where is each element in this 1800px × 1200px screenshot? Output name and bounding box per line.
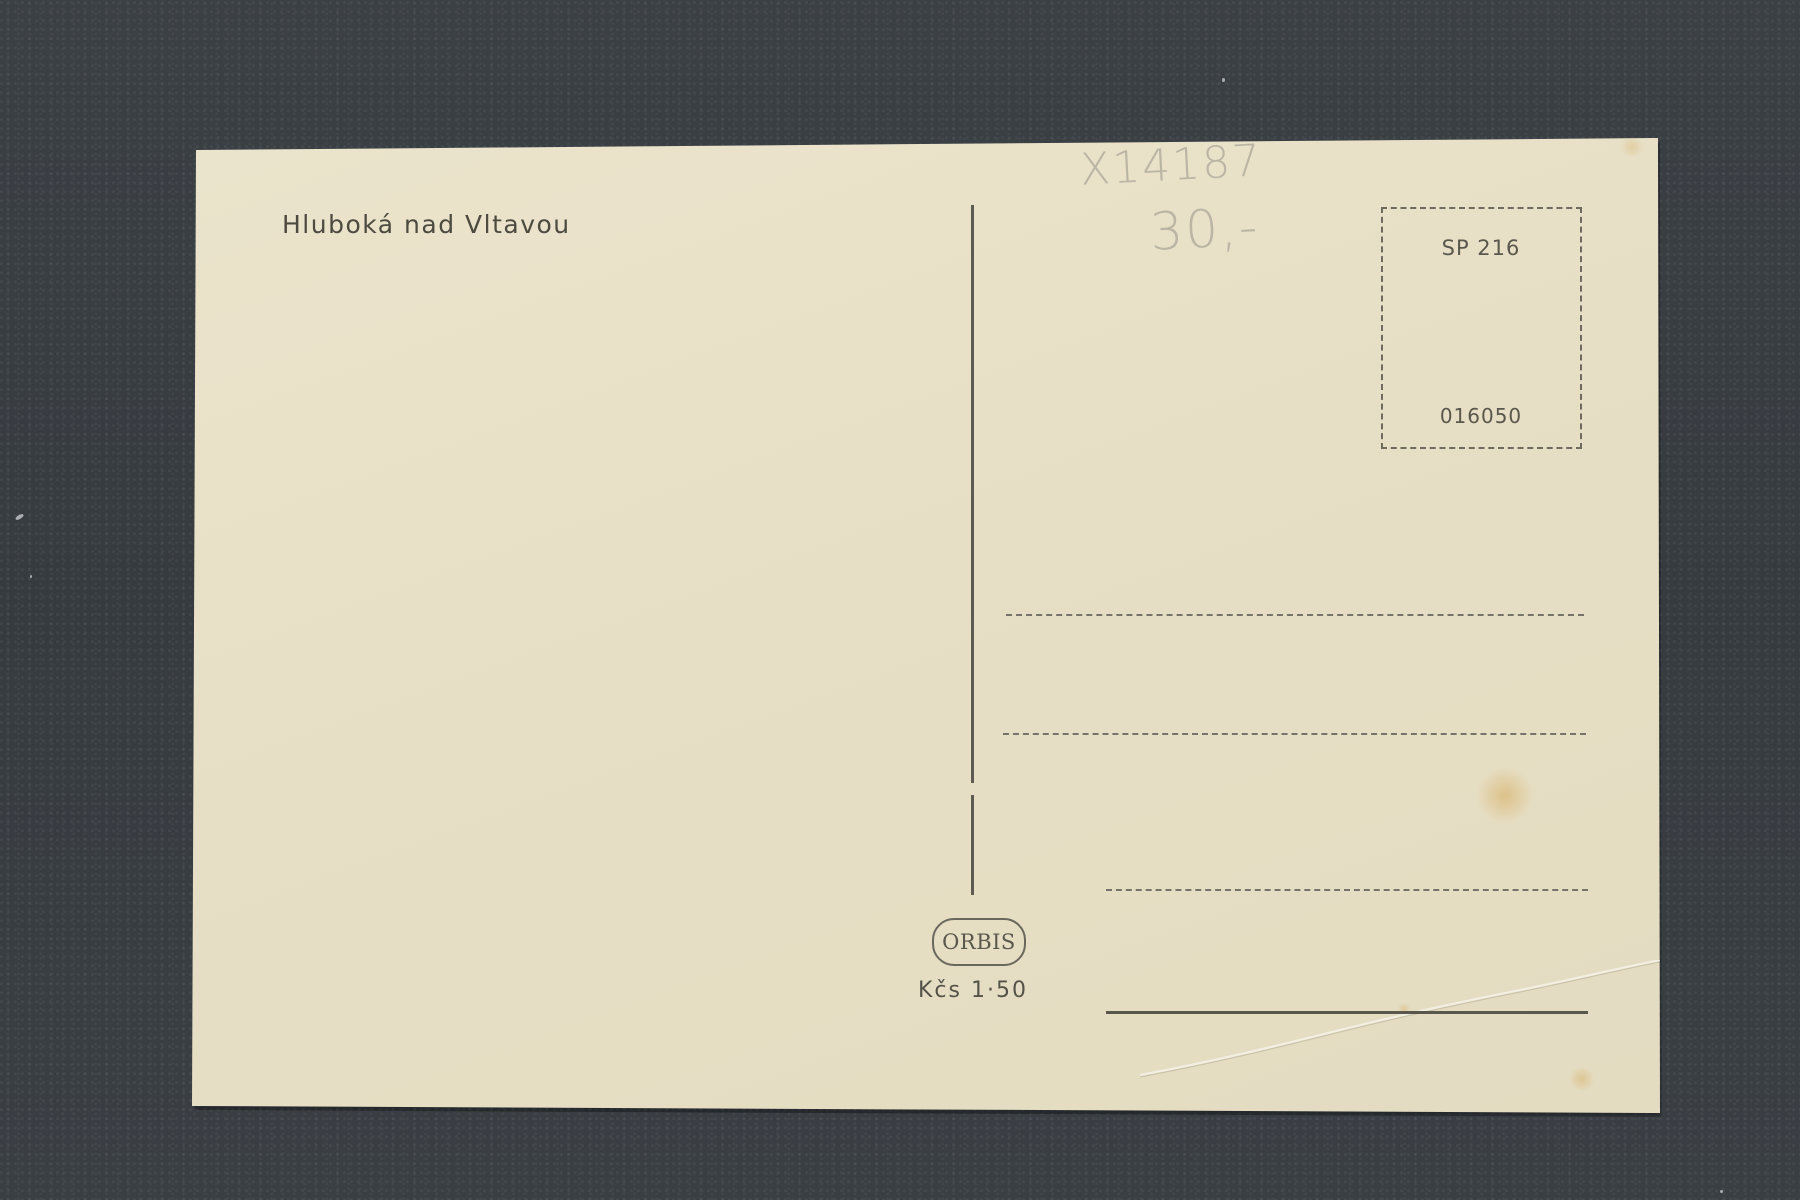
background-fleck (15, 513, 25, 521)
address-line-4 (1106, 1011, 1588, 1014)
address-line-1 (1006, 614, 1584, 616)
background-fleck (30, 575, 32, 578)
background-fleck (1222, 78, 1225, 82)
pencil-inventory-number: X14187 (1079, 135, 1264, 195)
address-line-3 (1106, 889, 1588, 891)
center-divider-line (971, 205, 974, 783)
stamp-box-code: SP 216 (1381, 236, 1581, 260)
address-line-2 (1003, 733, 1586, 735)
center-divider-line-lower (971, 795, 974, 895)
paper-crease (1140, 960, 1660, 1080)
stain (1617, 138, 1647, 156)
stamp-box-serial: 016050 (1381, 404, 1581, 428)
printed-price: Kčs 1·50 (918, 978, 1028, 1003)
publisher-logo-text: ORBIS (942, 930, 1016, 954)
publisher-logo: ORBIS (932, 918, 1026, 966)
stain (1475, 768, 1535, 823)
location-title: Hluboká nad Vltavou (282, 210, 571, 239)
background-fleck (1720, 1190, 1723, 1193)
pencil-price-note: 30,- (1149, 197, 1261, 263)
